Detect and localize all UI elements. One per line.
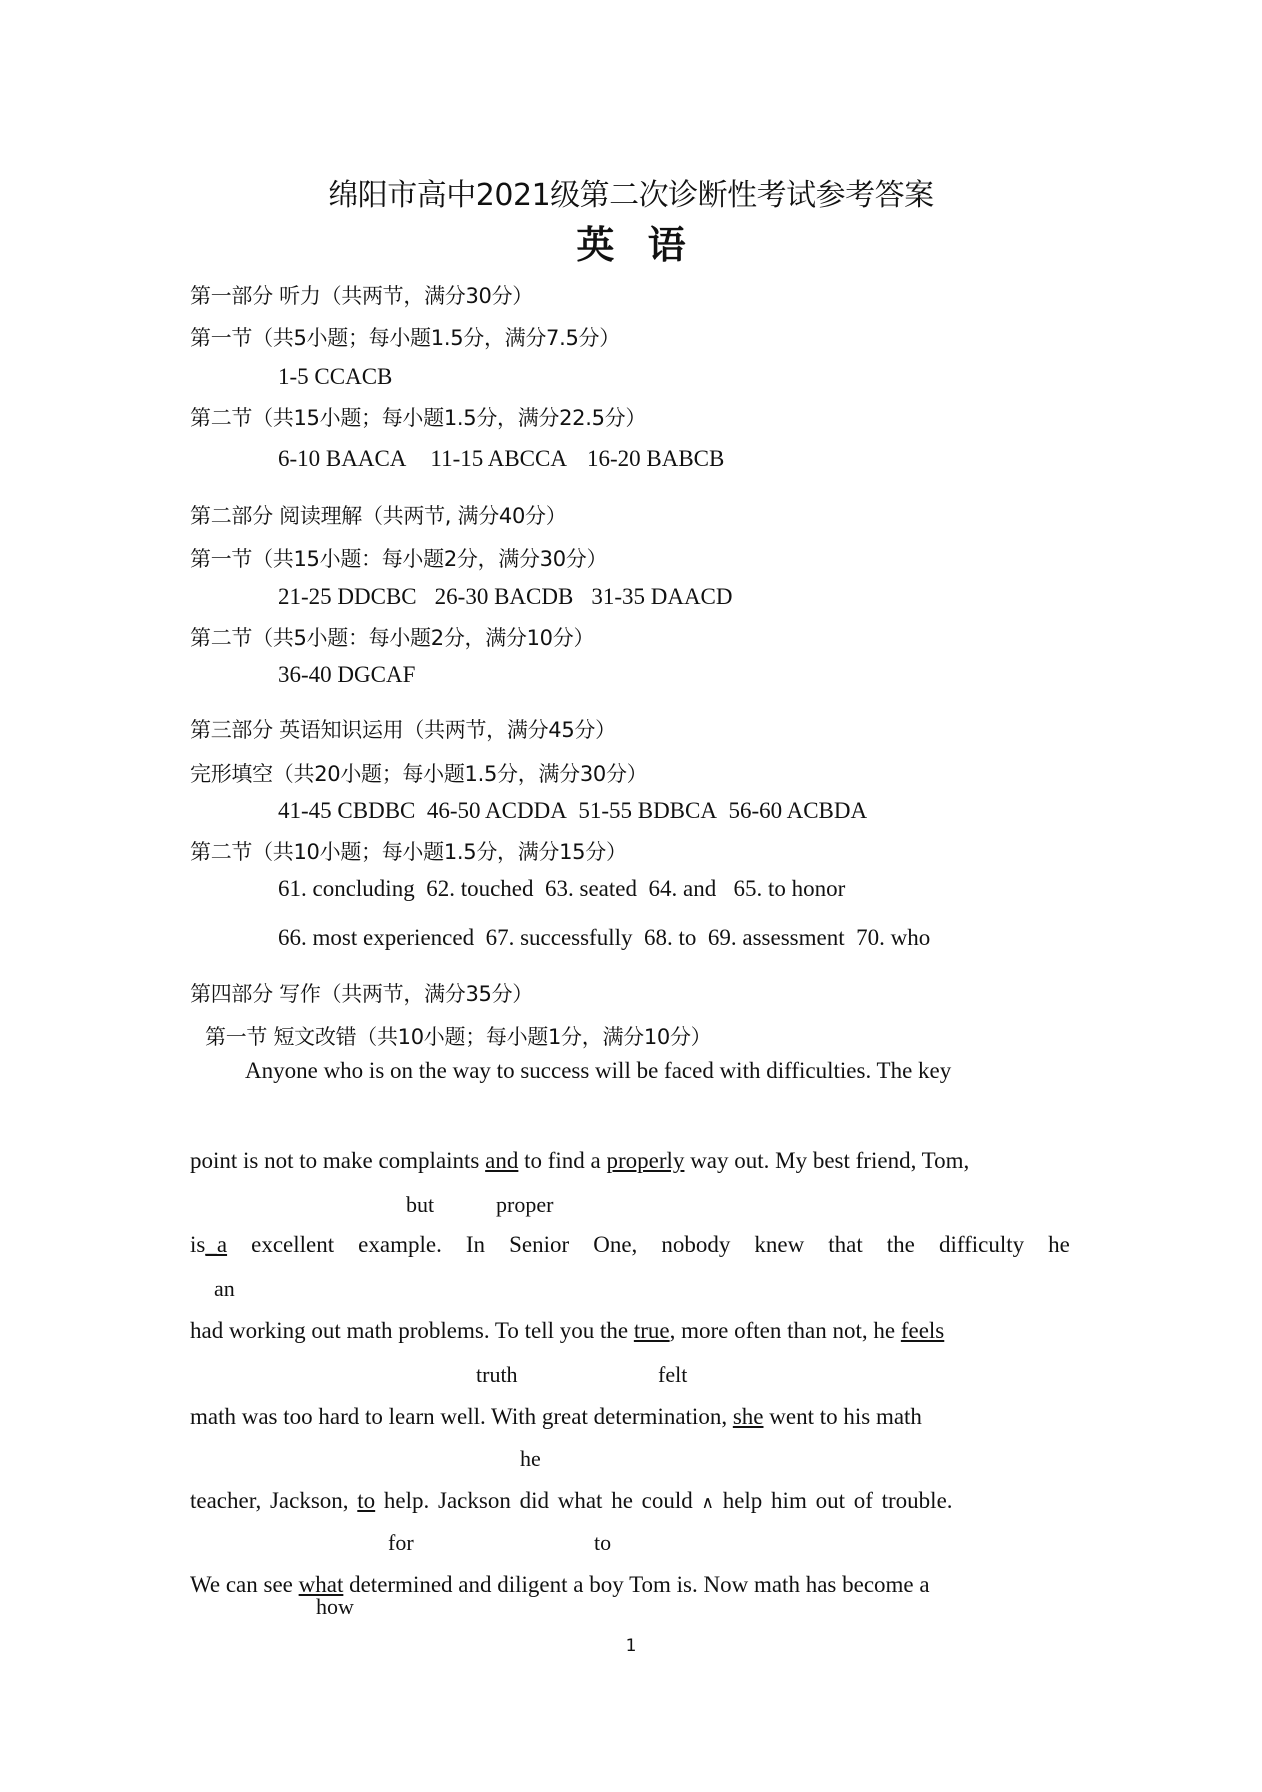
part3-section2-answers-line1: 61. concluding 62. touched 63. seated 64… xyxy=(278,876,845,902)
correction: but xyxy=(406,1192,434,1218)
part4-heading: 第四部分 写作（共两节，满分35分） xyxy=(190,978,533,1008)
part3-section1-heading: 完形填空（共20小题；每小题1.5分，满分30分） xyxy=(190,758,647,788)
part2-heading: 第二部分 阅读理解（共两节, 满分40分） xyxy=(190,500,566,530)
error-word: properly xyxy=(607,1148,685,1173)
error-word: to xyxy=(357,1488,375,1513)
answer-item: 64. and xyxy=(648,876,716,901)
error-word: and xyxy=(485,1148,518,1173)
correction: felt xyxy=(658,1362,687,1388)
error-word: she xyxy=(733,1404,764,1429)
correction: truth xyxy=(476,1362,518,1388)
error-word: true xyxy=(634,1318,670,1343)
part1-section1-heading: 第一节（共5小题；每小题1.5分，满分7.5分） xyxy=(190,322,620,352)
subject-title: 英 语 xyxy=(0,214,1262,269)
part3-section1-answers: 41-45 CBDBC 46-50 ACDDA 51-55 BDBCA 56-6… xyxy=(278,798,867,824)
insertion-caret-icon: ∧ xyxy=(702,1493,714,1512)
correction: proper xyxy=(496,1192,553,1218)
part3-section2-heading: 第二节（共10小题；每小题1.5分，满分15分） xyxy=(190,836,627,866)
error-word: _a xyxy=(205,1232,227,1257)
correction: an xyxy=(214,1276,235,1302)
passage-line-4: had working out math problems. To tell y… xyxy=(190,1318,944,1344)
answer-group: 16-20 BABCB xyxy=(587,446,724,471)
passage-line-6: teacher, Jackson, to help. Jackson did w… xyxy=(190,1488,953,1514)
answer-item: 70. who xyxy=(856,925,930,950)
part2-section2-answers: 36-40 DGCAF xyxy=(278,662,415,688)
part3-heading: 第三部分 英语知识运用（共两节，满分45分） xyxy=(190,714,616,744)
answer-item: 66. most experienced xyxy=(278,925,474,950)
answer-group: 31-35 DAACD xyxy=(591,584,732,609)
answer-group: 21-25 DDCBC xyxy=(278,584,417,609)
error-word: feels xyxy=(901,1318,944,1343)
part1-section2-heading: 第二节（共15小题；每小题1.5分，满分22.5分） xyxy=(190,402,646,432)
answer-group: 11-15 ABCCA xyxy=(430,446,567,471)
part1-section1-answers: 1-5 CCACB xyxy=(278,364,392,390)
correction: he xyxy=(520,1446,541,1472)
passage-line-7: We can see what determined and diligent … xyxy=(190,1572,930,1598)
answer-item: 68. to xyxy=(644,925,696,950)
passage-line-5: math was too hard to learn well. With gr… xyxy=(190,1404,922,1430)
passage-line-1: Anyone who is on the way to success will… xyxy=(245,1058,951,1084)
answer-item: 69. assessment xyxy=(708,925,845,950)
part2-section1-answers: 21-25 DDCBC26-30 BACDB31-35 DAACD xyxy=(278,584,733,610)
correction: how xyxy=(316,1594,354,1620)
passage-line-3: is_a excellent example. In Senior One, n… xyxy=(190,1232,1070,1258)
document-title: 绵阳市高中2021级第二次诊断性考试参考答案 xyxy=(0,170,1262,214)
answer-group: 41-45 CBDBC xyxy=(278,798,415,823)
answer-group: 26-30 BACDB xyxy=(435,584,574,609)
passage-line-2: point is not to make complaints and to f… xyxy=(190,1148,969,1174)
part1-heading: 第一部分 听力（共两节，满分30分） xyxy=(190,280,533,310)
part4-section1-heading: 第一节 短文改错（共10小题；每小题1分，满分10分） xyxy=(205,1021,711,1051)
part1-section2-answers: 6-10 BAACA11-15 ABCCA16-20 BABCB xyxy=(278,446,724,472)
part2-section1-heading: 第一节（共15小题：每小题2分，满分30分） xyxy=(190,543,607,573)
answer-item: 67. successfully xyxy=(486,925,633,950)
answer-item: 61. concluding xyxy=(278,876,415,901)
answer-item: 63. seated xyxy=(545,876,637,901)
part3-section2-answers-line2: 66. most experienced 67. successfully 68… xyxy=(278,925,930,951)
part2-section2-heading: 第二节（共5小题：每小题2分，满分10分） xyxy=(190,622,594,652)
answer-item: 65. to honor xyxy=(733,876,845,901)
correction: for xyxy=(388,1530,414,1556)
answer-group: 56-60 ACBDA xyxy=(728,798,867,823)
page-number: 1 xyxy=(0,1636,1262,1656)
answer-group: 6-10 BAACA xyxy=(278,446,406,471)
answer-item: 62. touched xyxy=(426,876,533,901)
answer-group: 46-50 ACDDA xyxy=(427,798,567,823)
correction: to xyxy=(594,1530,611,1556)
answer-group: 51-55 BDBCA xyxy=(578,798,717,823)
